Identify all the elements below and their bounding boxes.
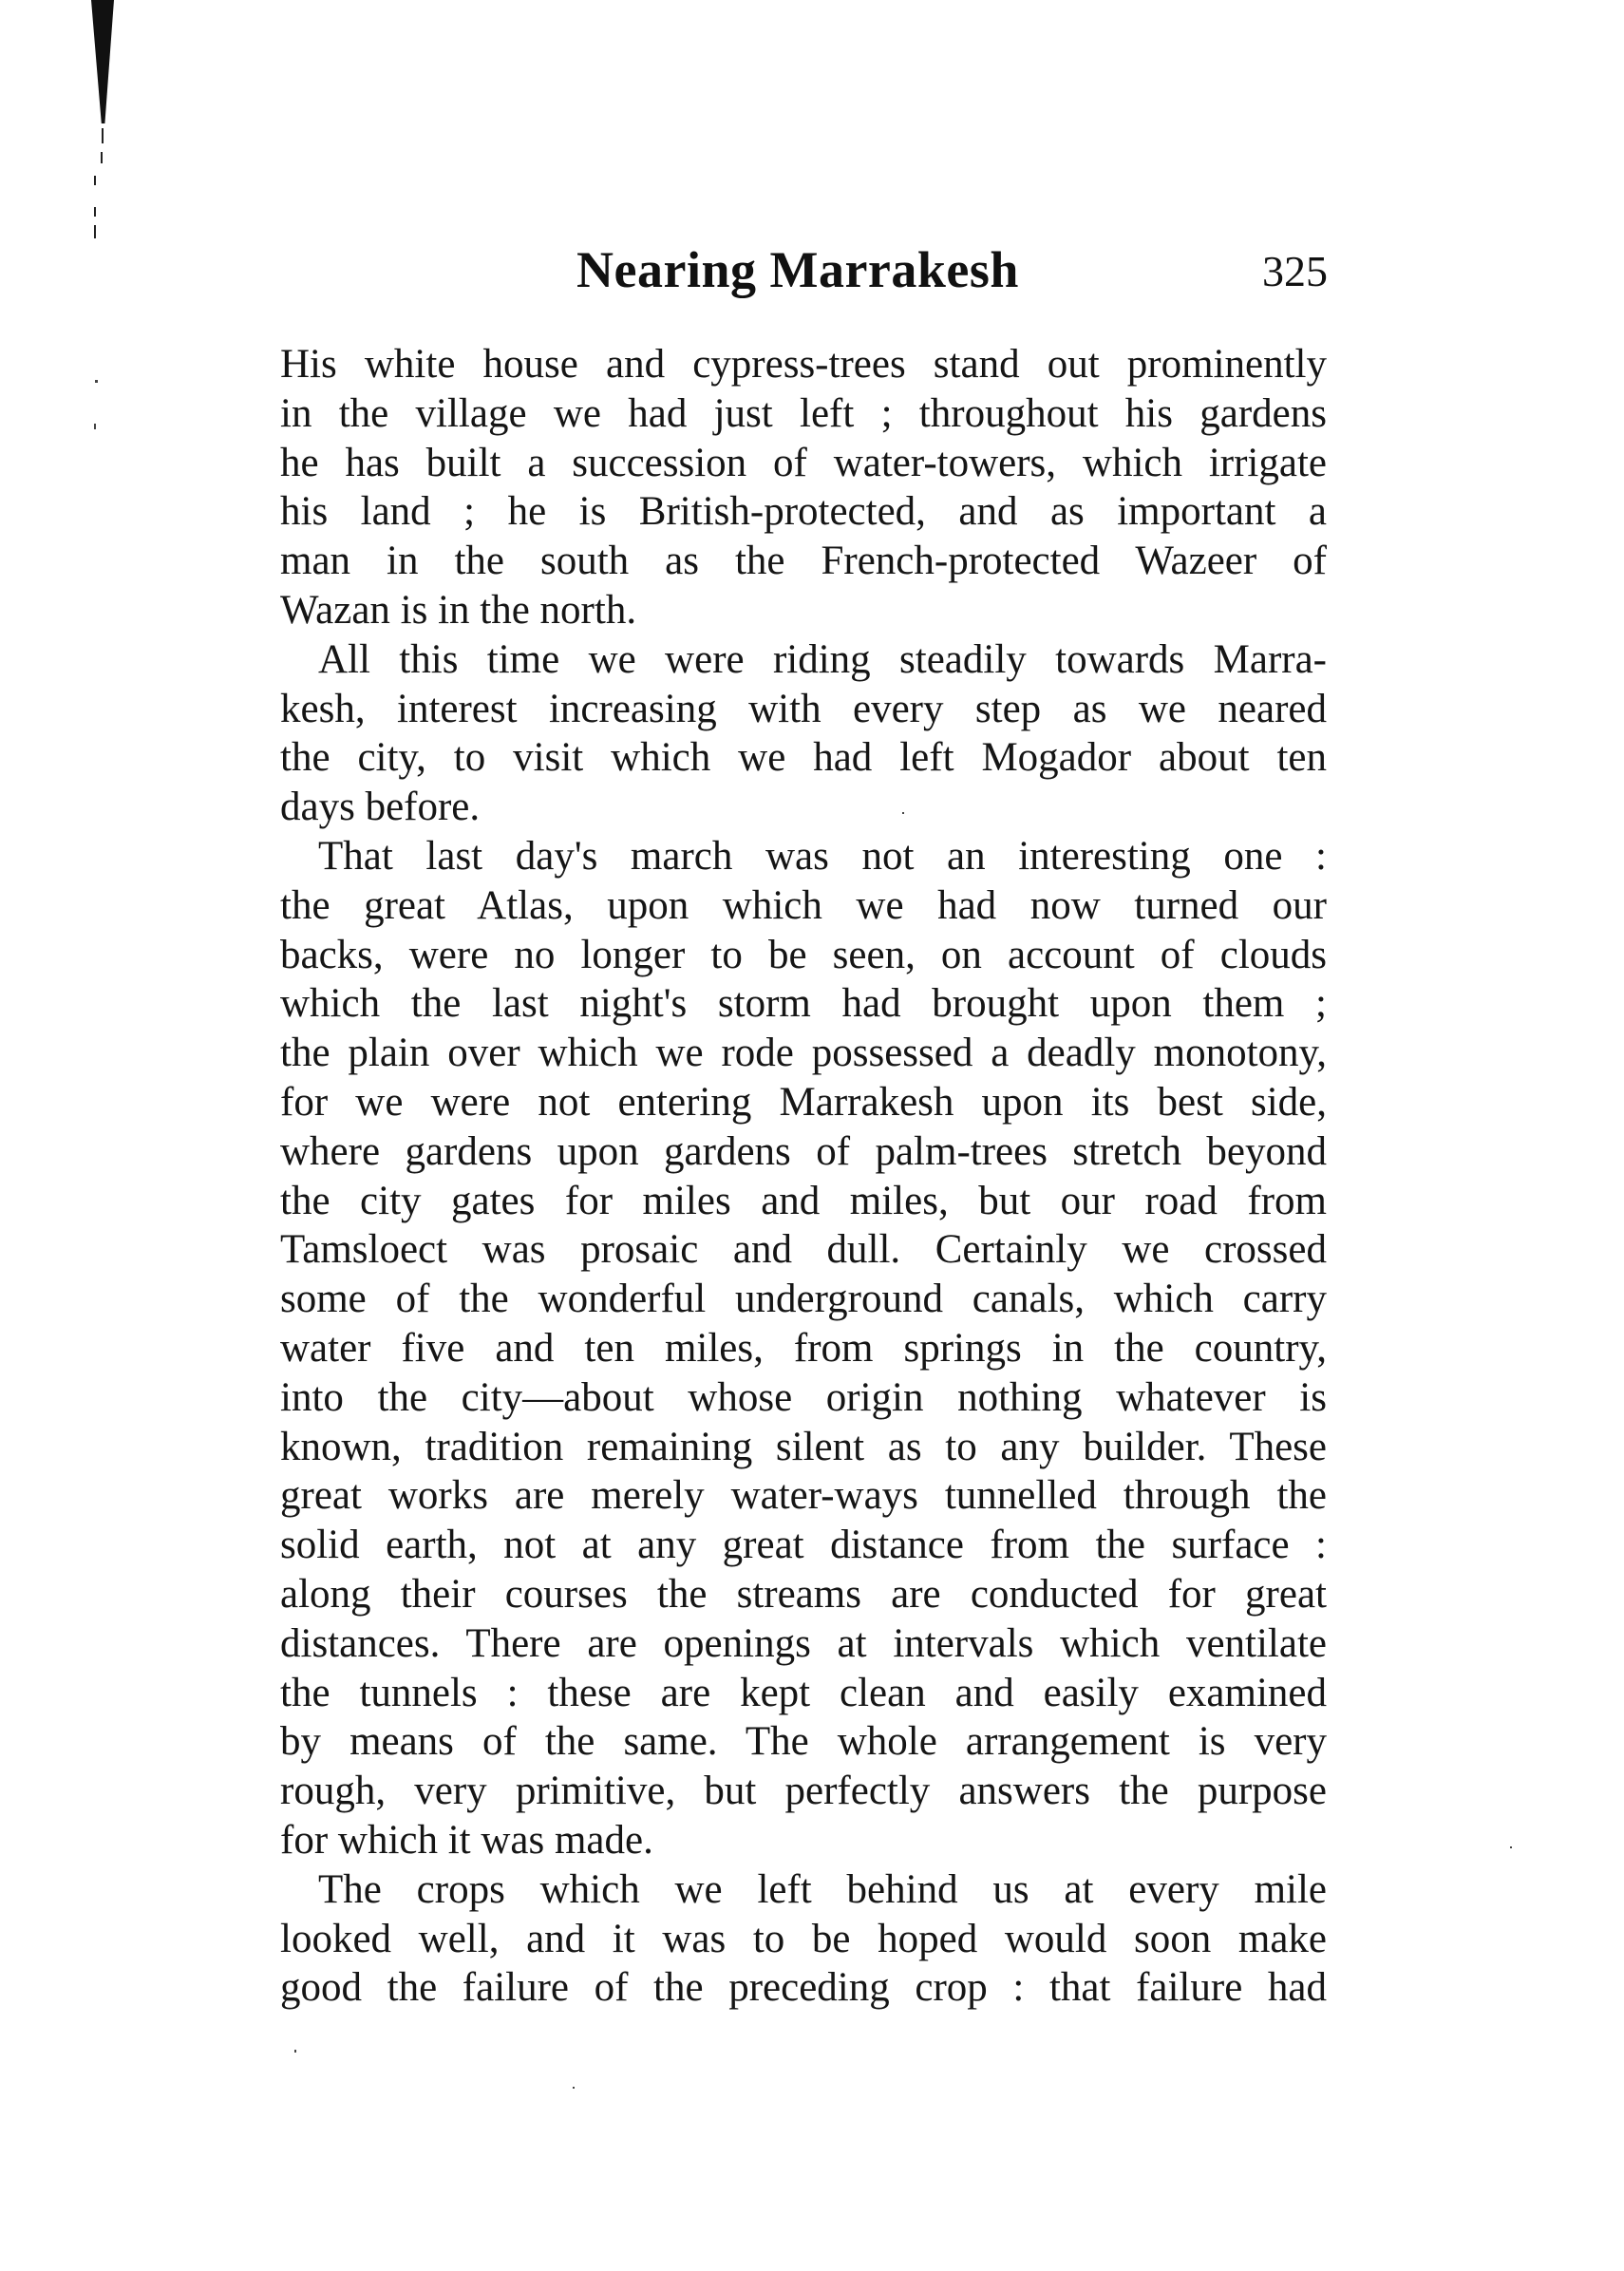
text-line: looked well, and it was to be hoped woul… <box>280 1915 1327 1964</box>
text-line: which the last night's storm had brought… <box>280 979 1327 1029</box>
text-line: into the city—about whose origin nothing… <box>280 1373 1327 1423</box>
text-line: he has built a succession of water-tower… <box>280 439 1327 488</box>
book-page: Nearing Marrakesh 325 His white house an… <box>0 0 1624 2271</box>
scan-gutter-artifact <box>94 176 96 185</box>
text-line: the city, to visit which we had left Mog… <box>280 733 1327 783</box>
text-line: good the failure of the preceding crop :… <box>280 1963 1327 2013</box>
scan-speck <box>294 2050 296 2053</box>
scan-speck <box>94 424 96 429</box>
text-line: the great Atlas, upon which we had now t… <box>280 881 1327 931</box>
text-line: days before. <box>280 783 1327 832</box>
text-line: some of the wonderful underground canals… <box>280 1275 1327 1324</box>
text-line: rough, very primitive, but perfectly ans… <box>280 1767 1327 1816</box>
text-line: great works are merely water-ways tunnel… <box>280 1471 1327 1521</box>
text-line: Tamsloect was prosaic and dull. Certainl… <box>280 1225 1327 1275</box>
text-line: known, tradition remaining silent as to … <box>280 1423 1327 1472</box>
text-line: for we were not entering Marrakesh upon … <box>280 1078 1327 1127</box>
text-line: Wazan is in the north. <box>280 586 1327 635</box>
text-line: the tunnels : these are kept clean and e… <box>280 1669 1327 1718</box>
scan-gutter-artifact <box>102 128 104 143</box>
scan-gutter-artifact <box>94 225 96 238</box>
scan-speck <box>95 380 98 383</box>
text-line: water five and ten miles, from springs i… <box>280 1324 1327 1373</box>
text-line: distances. There are openings at interva… <box>280 1619 1327 1669</box>
text-line: the plain over which we rode possessed a… <box>280 1029 1327 1078</box>
page-number: 325 <box>1252 245 1328 298</box>
scan-gutter-artifact <box>94 207 96 217</box>
text-line: for which it was made. <box>280 1816 1327 1865</box>
text-line: man in the south as the French-protected… <box>280 537 1327 586</box>
text-line: the city gates for miles and miles, but … <box>280 1177 1327 1226</box>
text-line: solid earth, not at any great distance f… <box>280 1521 1327 1570</box>
text-line: backs, were no longer to be seen, on acc… <box>280 931 1327 980</box>
text-line: All this time we were riding steadily to… <box>280 635 1327 685</box>
scan-gutter-artifact <box>91 0 114 123</box>
scan-speck <box>1510 1846 1512 1848</box>
text-line: His white house and cypress-trees stand … <box>280 340 1327 389</box>
scan-gutter-artifact <box>101 152 103 163</box>
text-line: That last day's march was not an interes… <box>280 832 1327 881</box>
running-header-title: Nearing Marrakesh <box>532 241 1064 298</box>
text-line: along their courses the streams are cond… <box>280 1570 1327 1619</box>
text-line: where gardens upon gardens of palm-trees… <box>280 1127 1327 1177</box>
scan-speck <box>573 2087 575 2089</box>
text-line: in the village we had just left ; throug… <box>280 389 1327 439</box>
text-line: by means of the same. The whole arrangem… <box>280 1717 1327 1767</box>
text-line: The crops which we left behind us at eve… <box>280 1865 1327 1915</box>
text-line: his land ; he is British-protected, and … <box>280 487 1327 537</box>
text-line: kesh, interest increasing with every ste… <box>280 685 1327 734</box>
